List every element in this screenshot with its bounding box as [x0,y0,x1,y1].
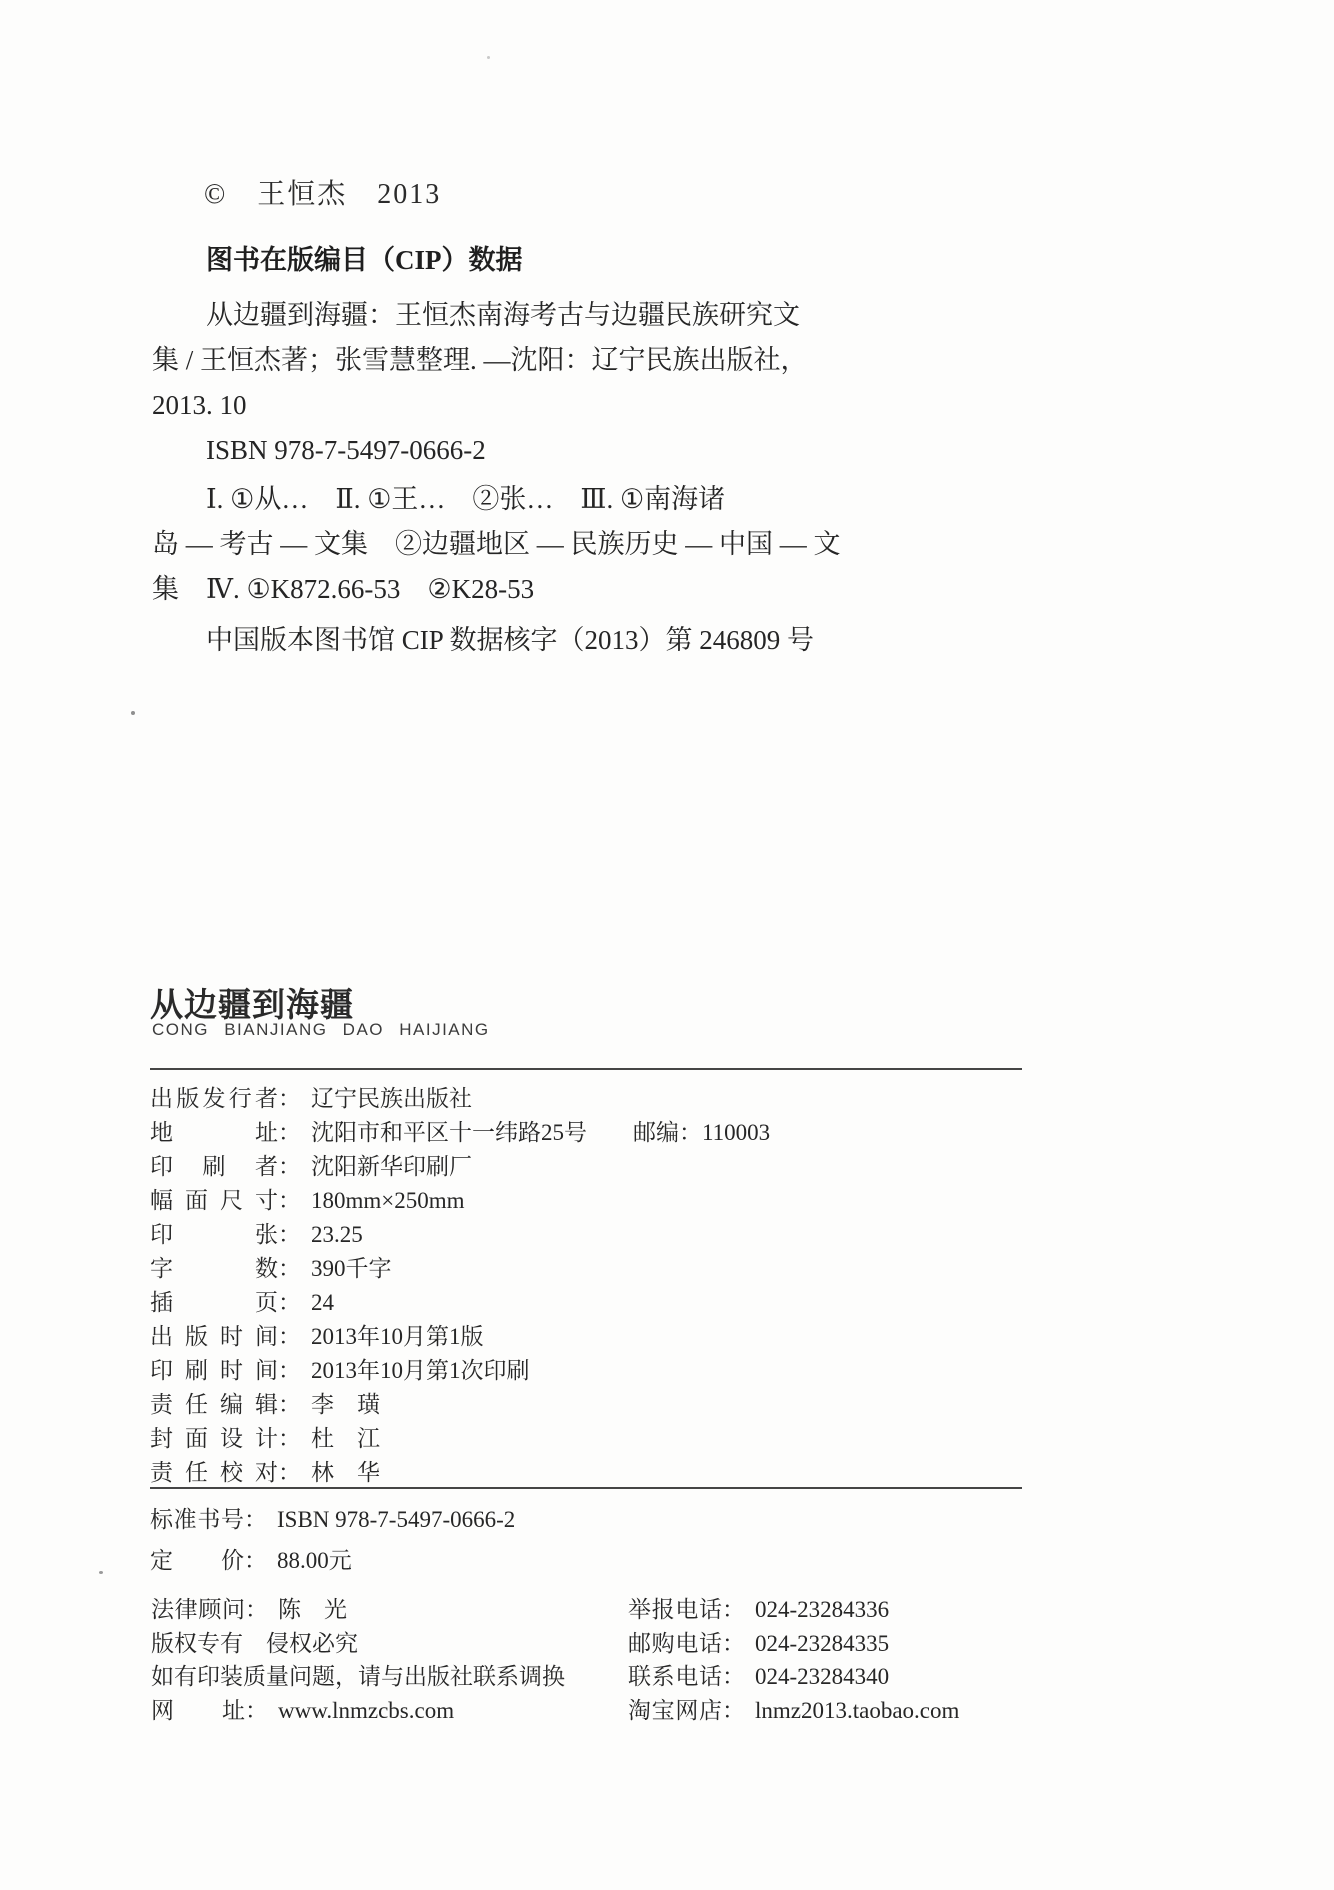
colophon-row-inserts: 插 页：24 [150,1286,770,1320]
row-label: 责任编辑 [150,1388,278,1422]
rights-notice-line: 版权专有 侵权必究 [151,1627,565,1661]
row-label: 字 数 [150,1252,278,1286]
isbn-price-block: 标准书号：ISBN 978-7-5497-0666-2 定 价：88.00元 [150,1499,515,1581]
mailorder-phone-row: 邮购电话：024-23284335 [628,1627,959,1661]
scan-speck [131,711,135,715]
colophon-row-printdate: 印刷时间：2013年10月第1次印刷 [150,1354,770,1388]
row-label: 插 页 [150,1286,278,1320]
row-label: 印刷时间 [150,1354,278,1388]
contact-phone-row: 联系电话：024-23284340 [628,1660,959,1694]
row-colon: ： [278,1320,301,1354]
row-value: 2013年10月第1次印刷 [311,1358,530,1383]
row-value: 沈阳新华印刷厂 [311,1154,472,1179]
price-row: 定 价：88.00元 [150,1540,515,1581]
row-label: 定 价 [150,1540,244,1581]
row-label: 出版发行者 [150,1082,278,1116]
isbn-row: 标准书号：ISBN 978-7-5497-0666-2 [150,1499,515,1540]
row-value: 23.25 [311,1222,363,1247]
scan-speck [99,1571,103,1574]
colophon-row-size: 幅面尺寸：180mm×250mm [150,1184,770,1218]
row-value: 180mm×250mm [311,1188,465,1213]
colophon-row-editor: 责任编辑：李 璜 [150,1388,770,1422]
copyright-page: © 王恒杰 2013 图书在版编目（CIP）数据 从边疆到海疆：王恒杰南海考古与… [0,0,1334,1890]
colophon-row-pubdate: 出版时间：2013年10月第1版 [150,1320,770,1354]
row-colon: ： [278,1354,301,1388]
row-label: 联系电话 [628,1660,722,1694]
colophon-row-proofreader: 责任校对：林 华 [150,1456,770,1490]
cip-registry-line: 中国版本图书馆 CIP 数据核字（2013）第 246809 号 [152,618,852,663]
row-value: 024-23284336 [755,1597,889,1622]
row-label: 邮购电话 [628,1627,722,1661]
footer-right-column: 举报电话：024-23284336 邮购电话：024-23284335 联系电话… [628,1593,959,1727]
row-value: 沈阳市和平区十一纬路25号 邮编：110003 [311,1120,770,1145]
cip-description-line-3: 2013. 10 [152,383,852,428]
row-colon: ： [722,1694,745,1728]
row-label: 网 址 [151,1694,245,1728]
cip-classification-line-2: 岛 — 考古 — 文集 ②边疆地区 — 民族历史 — 中国 — 文 [152,522,852,567]
footer-left-column: 法律顾问：陈 光 版权专有 侵权必究 如有印装质量问题，请与出版社联系调换 网 … [151,1593,565,1727]
row-label: 淘宝网店 [628,1694,722,1728]
row-label: 印 刷 者 [150,1150,278,1184]
row-value: 李 璜 [311,1392,380,1417]
divider-rule-bottom [150,1487,1022,1489]
row-label: 地 址 [150,1116,278,1150]
row-colon: ： [245,1694,268,1728]
row-label: 法律顾问 [151,1593,245,1627]
cip-classification-line-1: Ⅰ. ①从… Ⅱ. ①王… ②张… Ⅲ. ①南海诸 [152,477,852,522]
row-colon: ： [722,1660,745,1694]
row-value: 88.00元 [277,1548,352,1573]
divider-rule-top [150,1068,1022,1070]
row-value: ISBN 978-7-5497-0666-2 [277,1507,515,1532]
row-value: 24 [311,1290,334,1315]
book-title: 从边疆到海疆 [150,979,354,1026]
row-label: 幅面尺寸 [150,1184,278,1218]
book-title-pinyin: CONG BIANJIANG DAO HAIJIANG [152,1020,490,1040]
colophon-row-sheets: 印 张：23.25 [150,1218,770,1252]
cip-data-block: 图书在版编目（CIP）数据 从边疆到海疆：王恒杰南海考古与边疆民族研究文 集 /… [152,238,852,663]
row-colon: ： [278,1150,301,1184]
legal-advisor-row: 法律顾问：陈 光 [151,1593,565,1627]
row-colon: ： [278,1082,301,1116]
colophon-row-printer: 印 刷 者：沈阳新华印刷厂 [150,1150,770,1184]
row-value: 390千字 [311,1256,392,1281]
cip-description-line-2: 集 / 王恒杰著；张雪慧整理. —沈阳：辽宁民族出版社， [152,338,852,383]
row-colon: ： [278,1456,301,1490]
row-label: 出版时间 [150,1320,278,1354]
row-colon: ： [244,1540,267,1581]
colophon-row-publisher: 出版发行者：辽宁民族出版社 [150,1082,770,1116]
row-colon: ： [278,1116,301,1150]
website-row: 网 址：www.lnmzcbs.com [151,1694,565,1728]
row-label: 印 张 [150,1218,278,1252]
row-colon: ： [278,1388,301,1422]
quality-notice-line: 如有印装质量问题，请与出版社联系调换 [151,1660,565,1694]
row-value: 杜 江 [311,1426,380,1451]
cip-classification-line-3: 集 Ⅳ. ①K872.66-53 ②K28-53 [152,567,852,612]
row-value: 陈 光 [278,1597,347,1622]
row-label: 封面设计 [150,1422,278,1456]
row-label: 标准书号 [150,1499,244,1540]
scan-speck [487,56,490,59]
row-colon: ： [722,1593,745,1627]
row-label: 举报电话 [628,1593,722,1627]
colophon-row-wordcount: 字 数：390千字 [150,1252,770,1286]
cip-description-line-1: 从边疆到海疆：王恒杰南海考古与边疆民族研究文 [152,293,852,338]
taobao-url: lnmz2013.taobao.com [755,1698,959,1723]
row-colon: ： [278,1218,301,1252]
website-url: www.lnmzcbs.com [278,1698,454,1723]
cip-heading: 图书在版编目（CIP）数据 [152,238,852,283]
row-colon: ： [278,1184,301,1218]
colophon-row-address: 地 址：沈阳市和平区十一纬路25号 邮编：110003 [150,1116,770,1150]
report-phone-row: 举报电话：024-23284336 [628,1593,959,1627]
row-colon: ： [244,1499,267,1540]
copyright-notice: © 王恒杰 2013 [204,172,441,212]
colophon-block: 出版发行者：辽宁民族出版社 地 址：沈阳市和平区十一纬路25号 邮编：11000… [150,1082,770,1490]
row-value: 024-23284340 [755,1664,889,1689]
row-colon: ： [245,1593,268,1627]
row-value: 辽宁民族出版社 [311,1086,472,1111]
cip-isbn-line: ISBN 978-7-5497-0666-2 [152,428,852,473]
row-value: 024-23284335 [755,1631,889,1656]
row-label: 责任校对 [150,1456,278,1490]
row-value: 林 华 [311,1460,380,1485]
row-value: 2013年10月第1版 [311,1324,484,1349]
taobao-shop-row: 淘宝网店：lnmz2013.taobao.com [628,1694,959,1728]
row-colon: ： [278,1286,301,1320]
row-colon: ： [278,1422,301,1456]
colophon-row-cover-design: 封面设计：杜 江 [150,1422,770,1456]
row-colon: ： [722,1627,745,1661]
row-colon: ： [278,1252,301,1286]
